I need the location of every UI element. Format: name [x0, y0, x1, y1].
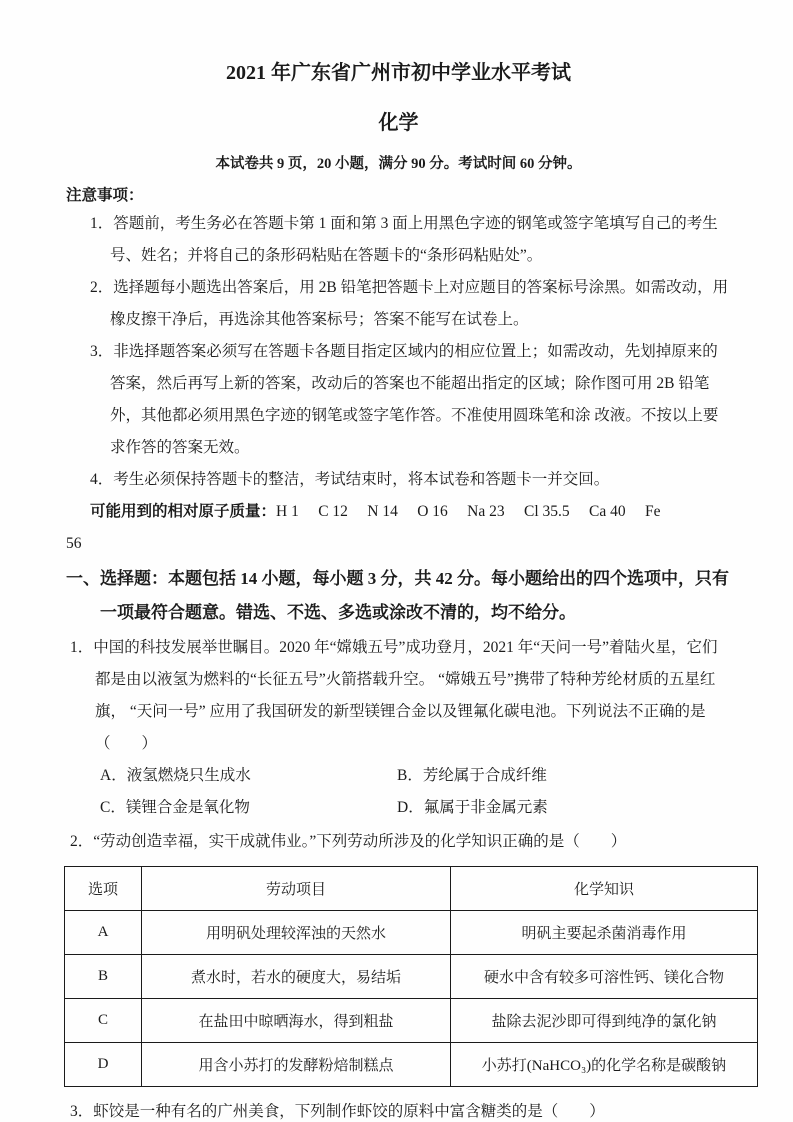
option-c: C．镁锂合金是氧化物: [100, 792, 397, 824]
table-cell: 在盐田中晾晒海水，得到粗盐: [142, 999, 451, 1043]
notice-number: 1．: [90, 215, 113, 232]
option-text: 镁锂合金是氧化物: [126, 799, 250, 816]
question-2: 2．“劳动创造幸福，实干成就伟业。”下列劳动所涉及的化学知识正确的是（ ）: [66, 826, 731, 858]
notice-number: 3．: [90, 343, 113, 360]
table-row: B 煮水时，若水的硬度大，易结垢 硬水中含有较多可溶性钙、镁化合物: [65, 955, 758, 999]
option-label: C．: [100, 799, 126, 816]
option-text: 液氢燃烧只生成水: [127, 767, 251, 784]
question-text: 中国的科技发展举世瞩目。2020 年“嫦娥五号”成功登月，2021 年“天问一号…: [93, 639, 717, 752]
table-cell: C: [65, 999, 142, 1043]
table-cell: 煮水时，若水的硬度大，易结垢: [142, 955, 451, 999]
notice-text: 考生必须保持答题卡的整洁，考试结束时，将本试卷和答题卡一并交回。: [113, 471, 609, 488]
notice-item-4: 4．考生必须保持答题卡的整洁，考试结束时，将本试卷和答题卡一并交回。: [66, 464, 731, 496]
option-a: A．液氢燃烧只生成水: [100, 760, 397, 792]
notices-heading: 注意事项：: [66, 184, 731, 208]
section-number: 一、: [66, 569, 100, 588]
section-heading-text: 选择题：本题包括 14 小题，每小题 3 分，共 42 分。每小题给出的四个选项…: [100, 569, 729, 622]
exam-info-line: 本试卷共 9 页，20 小题，满分 90 分。考试时间 60 分钟。: [66, 154, 731, 174]
option-b: B．芳纶属于合成纤维: [397, 760, 731, 792]
notice-number: 2．: [90, 279, 113, 296]
table-header-cell: 劳动项目: [142, 867, 451, 911]
atomic-mass-wrap-line: 56: [66, 528, 731, 560]
table-row: D 用含小苏打的发酵粉焙制糕点 小苏打(NaHCO₃)的化学名称是碳酸钠: [65, 1043, 758, 1087]
option-label: B．: [397, 767, 423, 784]
question-3: 3．虾饺是一种有名的广州美食，下列制作虾饺的原料中富含糖类的是（ ）: [66, 1096, 731, 1122]
table-row: C 在盐田中晾晒海水，得到粗盐 盐除去泥沙即可得到纯净的氯化钠: [65, 999, 758, 1043]
notice-item-1: 1．答题前，考生务必在答题卡第 1 面和第 3 面上用黑色字迹的钢笔或签字笔填写…: [66, 208, 731, 272]
notice-text: 非选择题答案必须写在答题卡各题目指定区域内的相应位置上；如需改动，先划掉原来的答…: [110, 343, 718, 456]
table-cell: A: [65, 911, 142, 955]
notice-text: 选择题每小题选出答案后，用 2B 铅笔把答题卡上对应题目的答案标号涂黑。如需改动…: [110, 279, 728, 328]
table-header-cell: 化学知识: [451, 867, 758, 911]
option-d: D．氟属于非金属元素: [397, 792, 731, 824]
atomic-mass-values: H 1 C 12 N 14 O 16 Na 23 Cl 35.5 Ca 40 F…: [276, 503, 660, 520]
question-text: “劳动创造幸福，实干成就伟业。”下列劳动所涉及的化学知识正确的是（ ）: [93, 833, 626, 850]
table-cell: 小苏打(NaHCO₃)的化学名称是碳酸钠: [451, 1043, 758, 1087]
table-cell: 用含小苏打的发酵粉焙制糕点: [142, 1043, 451, 1087]
question-1-options: A．液氢燃烧只生成水 B．芳纶属于合成纤维 C．镁锂合金是氧化物 D．氟属于非金…: [100, 760, 731, 824]
question-number: 1．: [70, 639, 93, 656]
option-label: A．: [100, 767, 127, 784]
exam-subject: 化学: [66, 110, 731, 136]
option-text: 芳纶属于合成纤维: [423, 767, 547, 784]
question-1: 1．中国的科技发展举世瞩目。2020 年“嫦娥五号”成功登月，2021 年“天问…: [66, 632, 731, 760]
notice-item-3: 3．非选择题答案必须写在答题卡各题目指定区域内的相应位置上；如需改动，先划掉原来…: [66, 336, 731, 464]
exam-title: 2021 年广东省广州市初中学业水平考试: [66, 60, 731, 86]
exam-paper-page: 2021 年广东省广州市初中学业水平考试 化学 本试卷共 9 页，20 小题，满…: [0, 0, 793, 1122]
notice-text: 答题前，考生务必在答题卡第 1 面和第 3 面上用黑色字迹的钢笔或签字笔填写自己…: [110, 215, 718, 264]
table-cell: 盐除去泥沙即可得到纯净的氯化钠: [451, 999, 758, 1043]
knowledge-table: 选项 劳动项目 化学知识 A 用明矾处理较浑浊的天然水 明矾主要起杀菌消毒作用 …: [64, 866, 758, 1087]
option-text: 氟属于非金属元素: [424, 799, 548, 816]
notice-item-2: 2．选择题每小题选出答案后，用 2B 铅笔把答题卡上对应题目的答案标号涂黑。如需…: [66, 272, 731, 336]
table-row: A 用明矾处理较浑浊的天然水 明矾主要起杀菌消毒作用: [65, 911, 758, 955]
table-cell: 硬水中含有较多可溶性钙、镁化合物: [451, 955, 758, 999]
question-number: 3．: [70, 1103, 93, 1120]
table-cell: 用明矾处理较浑浊的天然水: [142, 911, 451, 955]
table-cell: B: [65, 955, 142, 999]
atomic-mass-line: 可能用到的相对原子质量：H 1 C 12 N 14 O 16 Na 23 Cl …: [66, 496, 731, 528]
question-text: 虾饺是一种有名的广州美食，下列制作虾饺的原料中富含糖类的是（ ）: [93, 1103, 605, 1120]
atomic-mass-label: 可能用到的相对原子质量：: [90, 503, 276, 520]
notice-number: 4．: [90, 471, 113, 488]
option-label: D．: [397, 799, 424, 816]
table-header-row: 选项 劳动项目 化学知识: [65, 867, 758, 911]
table-header-cell: 选项: [65, 867, 142, 911]
table-cell: D: [65, 1043, 142, 1087]
question-number: 2．: [70, 833, 93, 850]
section-1-heading: 一、选择题：本题包括 14 小题，每小题 3 分，共 42 分。每小题给出的四个…: [66, 562, 731, 630]
table-cell: 明矾主要起杀菌消毒作用: [451, 911, 758, 955]
